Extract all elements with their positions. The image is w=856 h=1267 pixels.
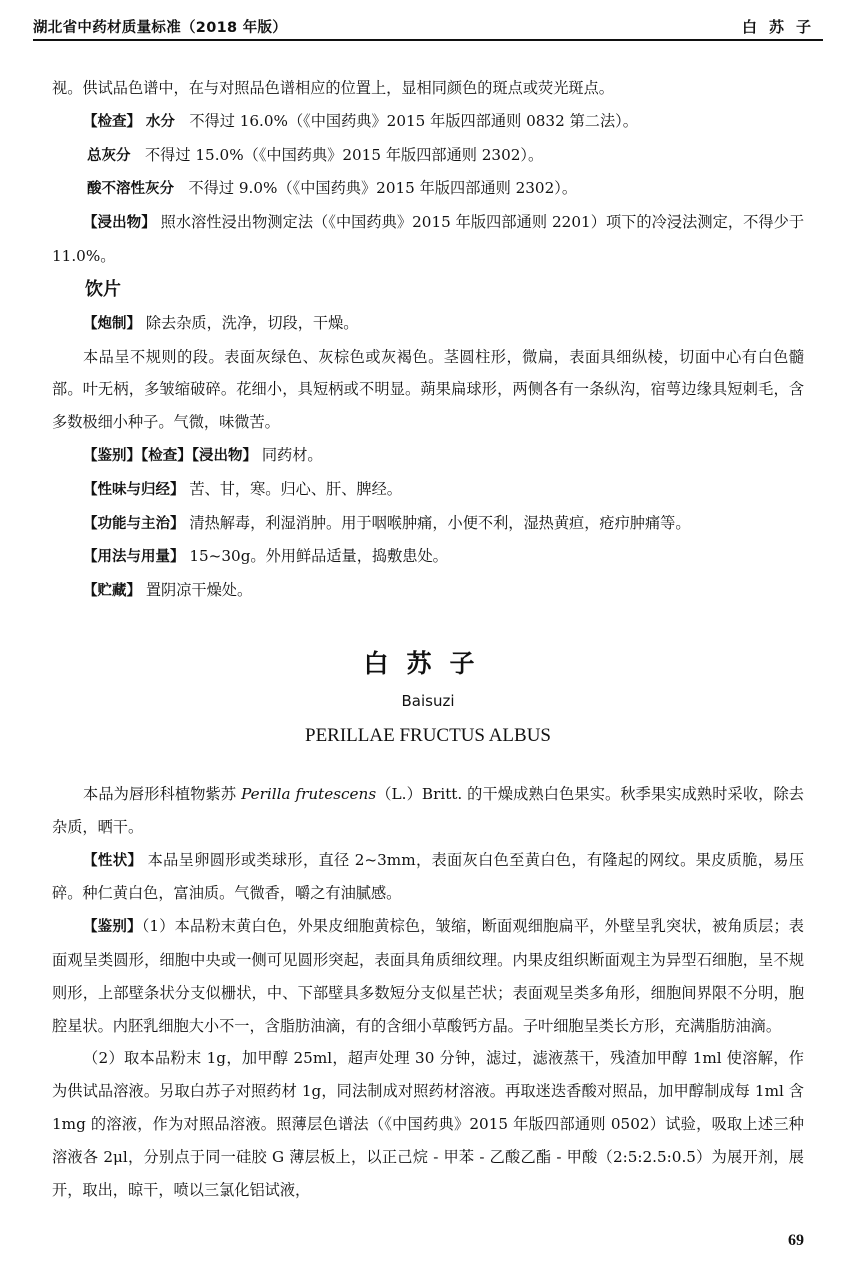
processing-paragraph: 【炮制】 除去杂质，洗净，切段，干燥。 — [52, 307, 804, 341]
check-acid-ash: 酸不溶性灰分 不得过 9.0%（《中国药典》2015 年版四部通则 2302）。 — [52, 172, 804, 206]
section-tag: 【检查】 — [83, 114, 141, 130]
section-text: 同药材。 — [262, 446, 323, 464]
usage-dosage-paragraph: 【用法与用量】 15~30g。外用鲜品适量，捣敷患处。 — [52, 540, 804, 574]
section-text: 本品呈卵圆形或类球形，直径 2~3mm，表面灰白色至黄白色，有隆起的网纹。果皮质… — [52, 851, 804, 903]
page-number: 69 — [788, 1232, 804, 1250]
characters-paragraph: 【性状】 本品呈卵圆形或类球形，直径 2~3mm，表面灰白色至黄白色，有隆起的网… — [52, 844, 804, 911]
identification-paragraph-1: 【鉴别】（1）本品粉末黄白色，外果皮细胞黄棕色，皱缩，断面观细胞扁平，外壁呈乳突… — [52, 910, 804, 1042]
running-title: 白苏子 — [742, 16, 823, 37]
continued-paragraph: 视。供试品色谱中，在与对照品色谱相应的位置上，显相同颜色的斑点或荧光斑点。 — [52, 72, 804, 105]
header-rule — [33, 39, 823, 41]
section-tag: 【性味与归经】 — [83, 482, 185, 498]
section-text: （1）本品粉末黄白色，外果皮细胞黄棕色，皱缩，断面观细胞扁平，外壁呈乳突状，被角… — [52, 917, 804, 1034]
identification-paragraph-2: （2）取本品粉末 1g，加甲醇 25ml，超声处理 30 分钟，滤过，滤液蒸干，… — [52, 1042, 804, 1206]
check-total-ash: 总灰分 不得过 15.0%（《中国药典》2015 年版四部通则 2302）。 — [52, 139, 804, 173]
nature-meridian-paragraph: 【性味与归经】 苦、甘，寒。归心、肝、脾经。 — [52, 473, 804, 507]
item-text: 不得过 15.0%（《中国药典》2015 年版四部通则 2302）。 — [145, 146, 543, 164]
intro-text: 本品为唇形科植物紫苏 — [83, 785, 241, 803]
section-tag: 【功能与主治】 — [83, 516, 185, 532]
page-header: 湖北省中药材质量标准（2018 年版） 白苏子 — [33, 12, 823, 40]
intro-paragraph: 本品为唇形科植物紫苏 Perilla frutescens（L.）Britt. … — [52, 778, 804, 844]
extract-paragraph: 【浸出物】 照水溶性浸出物测定法（《中国药典》2015 年版四部通则 2201）… — [52, 206, 804, 273]
section-tag: 【用法与用量】 — [83, 549, 185, 565]
description-paragraph: 本品呈不规则的段。表面灰绿色、灰棕色或灰褐色。茎圆柱形，微扁，表面具细纵棱，切面… — [52, 341, 804, 439]
section-text: 照水溶性浸出物测定法（《中国药典》2015 年版四部通则 2201）项下的冷浸法… — [52, 213, 804, 265]
item-text: 不得过 9.0%（《中国药典》2015 年版四部通则 2302）。 — [188, 179, 577, 197]
monograph-title: 白苏子 — [52, 644, 804, 684]
same-as-herb-paragraph: 【鉴别】【检查】【浸出物】 同药材。 — [52, 439, 804, 473]
monograph-pinyin: Baisuzi — [52, 684, 804, 718]
storage-paragraph: 【贮藏】 置阴凉干燥处。 — [52, 574, 804, 608]
species-name: Perilla frutescens — [241, 785, 376, 803]
section-tag: 【贮藏】 — [83, 583, 141, 599]
section-text: 苦、甘，寒。归心、肝、脾经。 — [189, 480, 402, 498]
section-text: 清热解毒，利湿消肿。用于咽喉肿痛，小便不利，湿热黄疸，疮疖肿痛等。 — [189, 514, 690, 532]
item-label: 酸不溶性灰分 — [87, 181, 174, 197]
page-body: 视。供试品色谱中，在与对照品色谱相应的位置上，显相同颜色的斑点或荧光斑点。 【检… — [52, 72, 804, 1206]
item-text: 不得过 16.0%（《中国药典》2015 年版四部通则 0832 第二法）。 — [189, 112, 638, 130]
section-tag: 【鉴别】 — [83, 919, 142, 935]
section-tag: 【炮制】 — [83, 316, 141, 332]
function-indication-paragraph: 【功能与主治】 清热解毒，利湿消肿。用于咽喉肿痛，小便不利，湿热黄疸，疮疖肿痛等… — [52, 507, 804, 541]
section-tag: 【鉴别】【检查】【浸出物】 — [83, 448, 257, 464]
check-moisture: 【检查】 水分 不得过 16.0%（《中国药典》2015 年版四部通则 0832… — [52, 105, 804, 139]
section-text: 置阴凉干燥处。 — [146, 581, 252, 599]
section-tag: 【浸出物】 — [83, 215, 156, 231]
book-title: 湖北省中药材质量标准（2018 年版） — [33, 16, 287, 37]
section-text: 15~30g。外用鲜品适量，捣敷患处。 — [189, 547, 448, 565]
section-text: 除去杂质，洗净，切段，干燥。 — [146, 314, 359, 332]
monograph-latin-name: PERILLAE FRUCTUS ALBUS — [52, 718, 804, 754]
item-label: 总灰分 — [87, 148, 131, 164]
item-label: 水分 — [146, 114, 175, 130]
section-tag: 【性状】 — [83, 853, 142, 869]
decoction-pieces-heading: 饮片 — [52, 273, 804, 307]
